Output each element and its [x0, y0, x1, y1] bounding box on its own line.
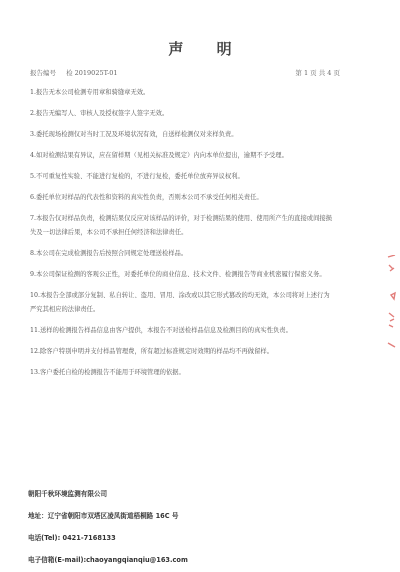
declaration-item: 6.委托单位对样品的代表性和资料的真实性负责，否则本公司不承受任何相关责任。 [30, 191, 335, 205]
declaration-item: 3.委托现场检测仅对当时工况及环境状况有效，自送样检测仅对来样负责。 [30, 128, 335, 142]
declaration-item: 11.送样的检测报告样品信息由客户提供，本报告不对送检样品信息及检测目的的真实性… [30, 324, 335, 338]
declaration-item: 9.本公司保证检测的客观公正性，对委托单位的商业信息、技术文件、检测报告等商业机… [30, 268, 335, 282]
declaration-item: 10.本报告全部或部分复制、私自转让、盗用、冒用、涂改或以其它形式篡改的均无效，… [30, 289, 335, 317]
declaration-item: 5.不可重复性实验、不能进行复检的，不进行复检，委托单位放弃异议权利。 [30, 170, 335, 184]
document-title: 声 明 [0, 38, 400, 59]
declaration-item: 7.本报告仅对样品负责，检测结果仅反应对该样品的评价，对于检测结果的使用、使用所… [30, 212, 335, 240]
declaration-item: 8.本公司在完成检测报告后按照合同规定处理送检样品。 [30, 247, 335, 261]
declaration-item: 2.报告无编写人、审核人及授权签字人签字无效。 [30, 107, 335, 121]
company-phone: 电话(Tel): 0421-7168133 [28, 533, 188, 555]
company-email: 电子信箱(E-mail):chaoyangqianqiu@163.com [28, 555, 188, 572]
company-info: 朝阳千秋环境监测有限公司 地址：辽宁省朝阳市双塔区凌凤街道梧桐路 16C 号 电… [28, 489, 188, 572]
page-info: 第 1 页 共 4 页 [295, 68, 340, 77]
report-number-value: 检 2019025T-01 [66, 69, 117, 77]
declaration-item: 13.客户委托自检的检测报告不能用于环境管理的依据。 [30, 366, 335, 380]
report-number: 报告编号 检 2019025T-01 [30, 68, 118, 77]
seal-stamp-fragment-icon [386, 255, 396, 355]
company-address: 地址：辽宁省朝阳市双塔区凌凤街道梧桐路 16C 号 [28, 511, 188, 533]
declaration-item: 12.除客户特别申明并支付样品管理费，所有超过标准规定时效期的样品均不再做留样。 [30, 345, 335, 359]
report-number-label: 报告编号 [30, 69, 56, 77]
company-name: 朝阳千秋环境监测有限公司 [28, 489, 188, 511]
declaration-item: 1.报告无本公司检测专用章和骑缝章无效。 [30, 86, 335, 100]
declaration-list: 1.报告无本公司检测专用章和骑缝章无效。 2.报告无编写人、审核人及授权签字人签… [30, 86, 335, 387]
declaration-item: 4.如对检测结果有异议，应在留样期（见相关标准及规定）内向本单位提出，逾期不予受… [30, 149, 335, 163]
